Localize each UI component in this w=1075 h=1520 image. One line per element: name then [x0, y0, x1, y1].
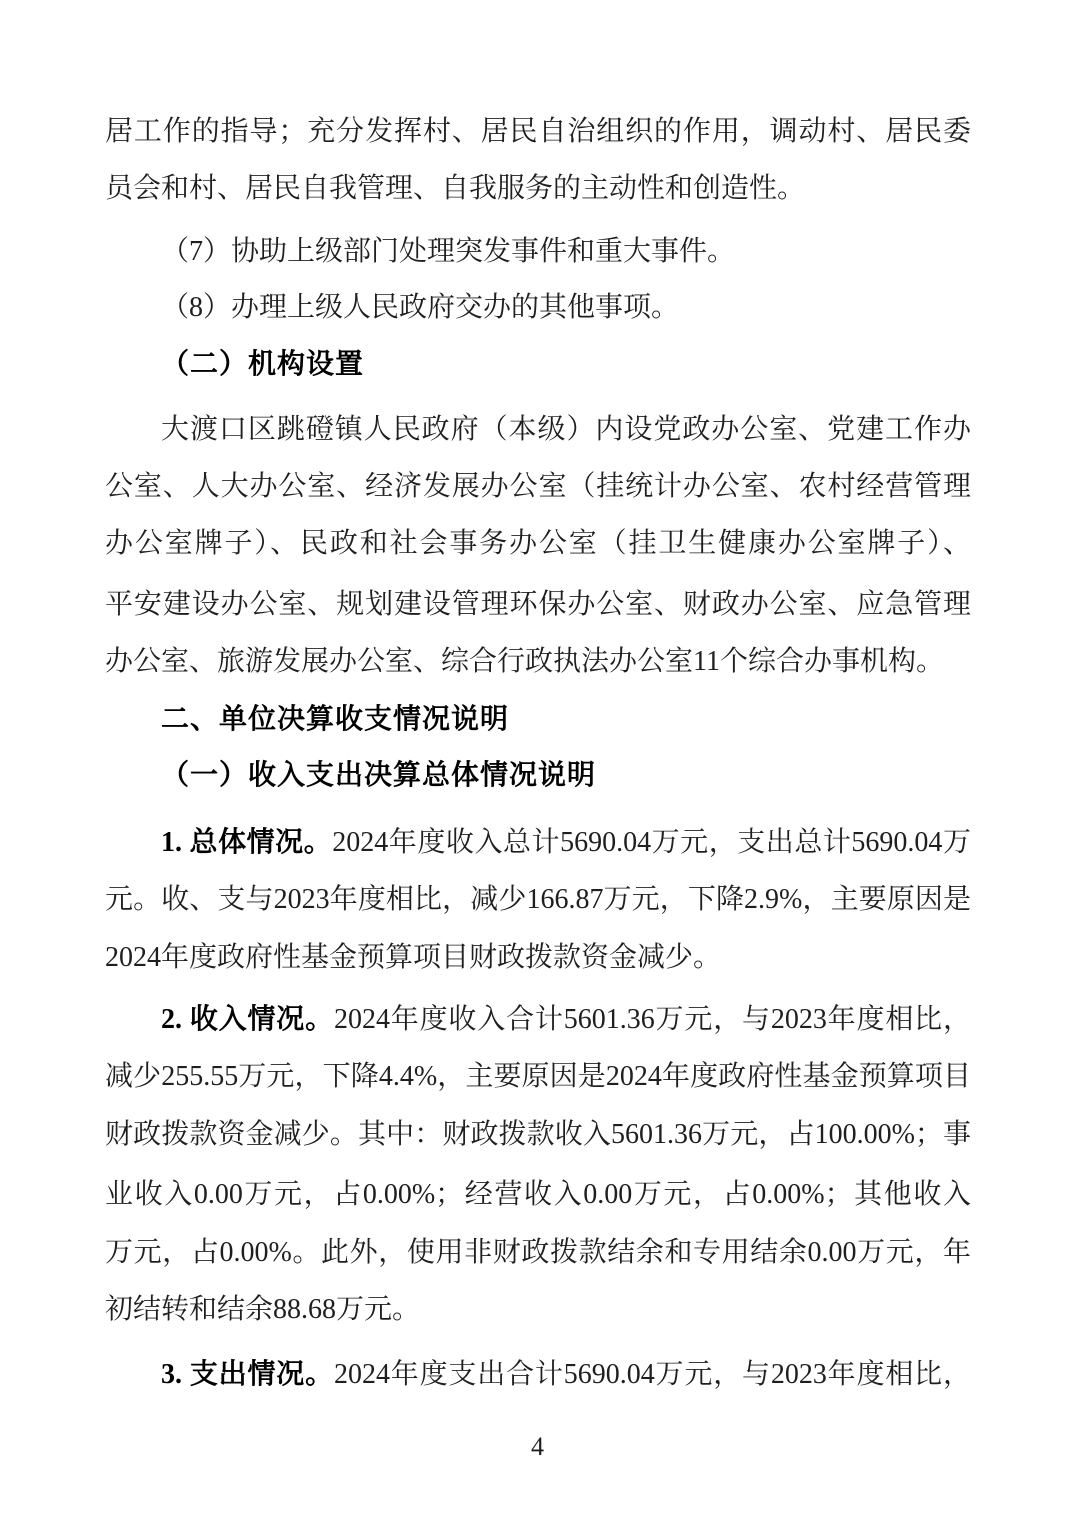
body-text: 财政拨款资金减少。其中：财政拨款收入5601.36万元，占100.00%；事: [105, 1119, 971, 1150]
document-page: 居工作的指导；充分发挥村、居民自治组织的作用，调动村、居民委 员会和村、居民自我…: [0, 0, 1075, 1520]
heading-text: （二）机构设置: [161, 349, 364, 380]
para-lead: 1. 总体情况。: [161, 827, 332, 858]
body-text: 公室、人大办公室、经济发展办公室（挂统计办公室、农村经营管理: [105, 471, 971, 502]
subsection-heading-overview: （一）收入支出决算总体情况说明: [161, 747, 971, 804]
para-org-line: 办公室牌子）、民政和社会事务办公室（挂卫生健康办公室牌子）、: [105, 515, 971, 572]
body-text: 办公室牌子）、民政和社会事务办公室（挂卫生健康办公室牌子）、: [105, 528, 971, 559]
section-heading-budget: 二、单位决算收支情况说明: [161, 690, 971, 747]
heading-text: （一）收入支出决算总体情况说明: [161, 760, 596, 791]
heading-org-setup: （二）机构设置: [161, 336, 971, 393]
para-income-line: 财政拨款资金减少。其中：财政拨款收入5601.36万元，占100.00%；事: [105, 1106, 971, 1163]
body-line: 员会和村、居民自我管理、自我服务的主动性和创造性。: [105, 160, 971, 217]
body-text: 平安建设办公室、规划建设管理环保办公室、财政办公室、应急管理: [105, 589, 971, 620]
body-text: 万元，占0.00%。此外，使用非财政拨款结余和专用结余0.00万元，年: [105, 1237, 971, 1268]
body-text: 大渡口区跳磴镇人民政府（本级）内设党政办公室、党建工作办: [161, 414, 971, 445]
body-text: 办公室、旅游发展办公室、综合行政执法办公室11个综合办事机构。: [105, 646, 944, 677]
para-income-line: 减少255.55万元，下降4.4%，主要原因是2024年度政府性基金预算项目: [105, 1048, 971, 1105]
para-org-line: 公室、人大办公室、经济发展办公室（挂统计办公室、农村经营管理: [105, 458, 971, 515]
para-org-line: 平安建设办公室、规划建设管理环保办公室、财政办公室、应急管理: [105, 576, 971, 633]
list-item-7: （7）协助上级部门处理突发事件和重大事件。: [161, 223, 971, 280]
para-income-line: 万元，占0.00%。此外，使用非财政拨款结余和专用结余0.00万元，年: [105, 1224, 971, 1281]
body-text: 2024年度支出合计5690.04万元，与2023年度相比，: [334, 1359, 971, 1390]
para-overview-line: 1. 总体情况。2024年度收入总计5690.04万元，支出总计5690.04万: [161, 814, 971, 871]
page-number: 4: [0, 1432, 1075, 1462]
heading-text: 二、单位决算收支情况说明: [161, 703, 509, 734]
para-income-line: 2. 收入情况。2024年度收入合计5601.36万元，与2023年度相比，: [161, 991, 971, 1048]
body-text: 员会和村、居民自我管理、自我服务的主动性和创造性。: [105, 173, 805, 204]
body-text: 2024年度收入总计5690.04万元，支出总计5690.04万: [332, 827, 971, 858]
para-expense-line: 3. 支出情况。2024年度支出合计5690.04万元，与2023年度相比，: [161, 1346, 971, 1403]
body-text: 2024年度政府性基金预算项目财政拨款资金减少。: [105, 942, 721, 973]
body-line: 居工作的指导；充分发挥村、居民自治组织的作用，调动村、居民委: [105, 103, 971, 160]
body-text: 2024年度收入合计5601.36万元，与2023年度相比，: [334, 1004, 971, 1035]
para-overview-line: 2024年度政府性基金预算项目财政拨款资金减少。: [105, 929, 971, 986]
para-org-line: 办公室、旅游发展办公室、综合行政执法办公室11个综合办事机构。: [105, 633, 971, 690]
para-income-line: 初结转和结余88.68万元。: [105, 1281, 971, 1338]
body-text: 业收入0.00万元，占0.00%；经营收入0.00万元，占0.00%；其他收入0…: [105, 1179, 971, 1223]
para-overview-line: 元。收、支与2023年度相比，减少166.87万元，下降2.9%，主要原因是: [105, 871, 971, 928]
body-text: 元。收、支与2023年度相比，减少166.87万元，下降2.9%，主要原因是: [105, 884, 971, 915]
body-text: （8）办理上级人民政府交办的其他事项。: [161, 292, 679, 323]
list-item-8: （8）办理上级人民政府交办的其他事项。: [161, 279, 971, 336]
para-org-line: 大渡口区跳磴镇人民政府（本级）内设党政办公室、党建工作办: [161, 401, 971, 458]
body-text: 居工作的指导；充分发挥村、居民自治组织的作用，调动村、居民委: [105, 116, 971, 147]
para-lead: 2. 收入情况。: [161, 1004, 334, 1035]
body-text: 减少255.55万元，下降4.4%，主要原因是2024年度政府性基金预算项目: [105, 1061, 971, 1092]
para-lead: 3. 支出情况。: [161, 1359, 334, 1390]
para-income-line: 业收入0.00万元，占0.00%；经营收入0.00万元，占0.00%；其他收入0…: [105, 1166, 971, 1223]
body-text: （7）协助上级部门处理突发事件和重大事件。: [161, 236, 735, 267]
body-text: 初结转和结余88.68万元。: [105, 1294, 420, 1325]
